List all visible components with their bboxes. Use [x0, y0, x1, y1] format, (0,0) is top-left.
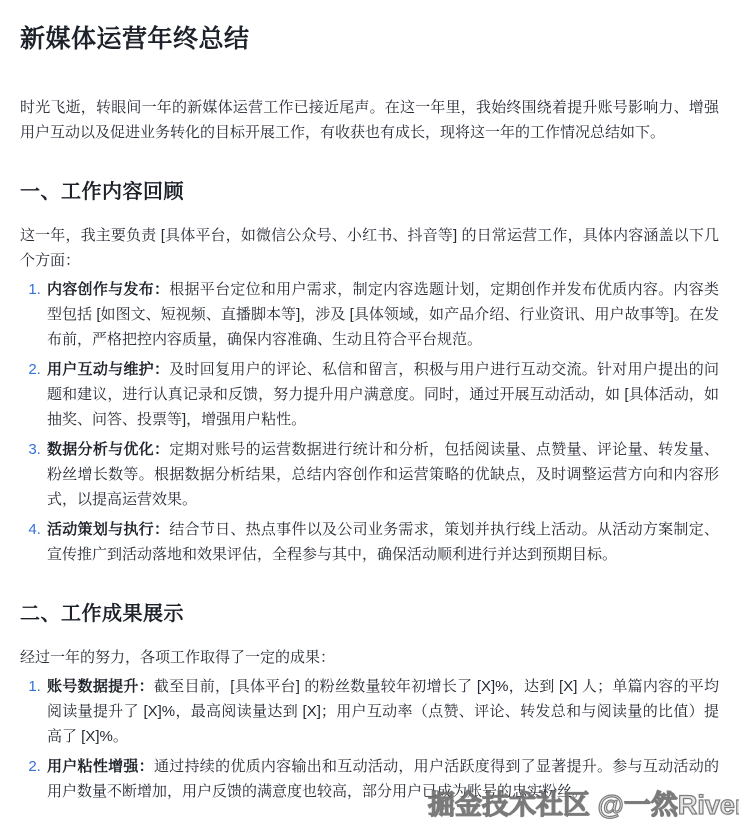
article-page: 新媒体运营年终总结 时光飞逝，转眼间一年的新媒体运营工作已接近尾声。在这一年里，…: [0, 0, 739, 837]
list-item: 内容创作与发布：根据平台定位和用户需求，制定内容选题计划，定期创作并发布优质内容…: [45, 277, 719, 352]
intro-paragraph: 时光飞逝，转眼间一年的新媒体运营工作已接近尾声。在这一年里，我始终围绕着提升账号…: [20, 95, 719, 145]
list-item-label: 账号数据提升：: [47, 678, 154, 695]
article-content: 新媒体运营年终总结 时光飞逝，转眼间一年的新媒体运营工作已接近尾声。在这一年里，…: [0, 0, 739, 804]
list-item: 用户互动与维护：及时回复用户的评论、私信和留言，积极与用户进行互动交流。针对用户…: [45, 357, 719, 432]
page-title: 新媒体运营年终总结: [20, 25, 719, 53]
list-item-label: 内容创作与发布：: [47, 281, 169, 298]
list-item: 用户粘性增强：通过持续的优质内容输出和互动活动，用户活跃度得到了显著提升。参与互…: [45, 754, 719, 804]
list-item-label: 数据分析与优化：: [47, 441, 169, 458]
section1-lead: 这一年，我主要负责 [具体平台，如微信公众号、小红书、抖音等] 的日常运营工作，…: [20, 223, 719, 273]
section2-heading: 二、工作成果展示: [20, 601, 719, 627]
list-item-label: 用户粘性增强：: [47, 758, 154, 775]
list-item-label: 用户互动与维护：: [47, 361, 169, 378]
list-item: 账号数据提升：截至目前，[具体平台] 的粉丝数量较年初增长了 [X]%，达到 […: [45, 674, 719, 749]
section2-ordered-list: 账号数据提升：截至目前，[具体平台] 的粉丝数量较年初增长了 [X]%，达到 […: [20, 674, 719, 804]
list-item: 数据分析与优化：定期对账号的运营数据进行统计和分析，包括阅读量、点赞量、评论量、…: [45, 437, 719, 512]
list-item-label: 活动策划与执行：: [47, 521, 169, 538]
list-item: 活动策划与执行：结合节日、热点事件以及公司业务需求，策划并执行线上活动。从活动方…: [45, 517, 719, 567]
section2-lead: 经过一年的努力，各项工作取得了一定的成果：: [20, 645, 719, 670]
section1-ordered-list: 内容创作与发布：根据平台定位和用户需求，制定内容选题计划，定期创作并发布优质内容…: [20, 277, 719, 567]
section1-heading: 一、工作内容回顾: [20, 179, 719, 205]
